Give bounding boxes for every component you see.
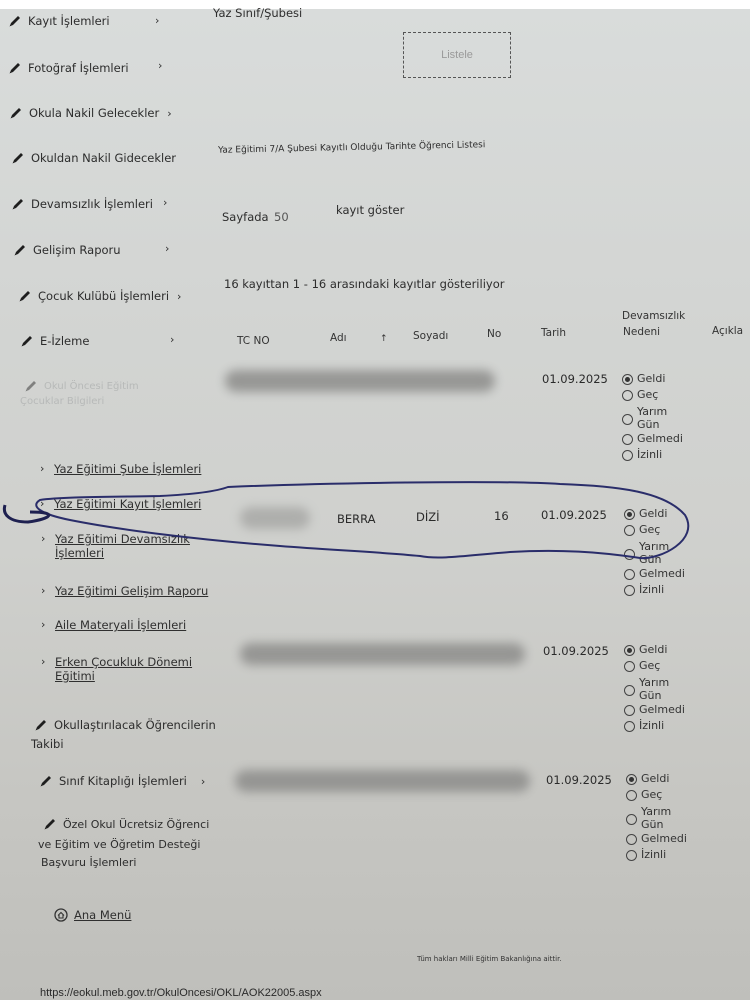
radio-dot[interactable] (622, 390, 633, 401)
attendance-radio-group[interactable]: Geldi Geç YarımGün Gelmedi İzinli (624, 507, 714, 599)
sidebar-item-label: Okuldan Nakil Gidecekler (31, 151, 176, 165)
radio-gelmedi[interactable]: Gelmedi (624, 703, 714, 719)
copyright-notice: Tüm hakları Milli Eğitim Bakanlığına ait… (417, 955, 562, 963)
subitem-yaz-sube[interactable]: › Yaz Eğitimi Şube İşlemleri (54, 462, 201, 476)
chevron-right-icon: › (41, 584, 45, 597)
filter-label: Yaz Sınıf/Şubesi (213, 6, 302, 20)
home-link-label[interactable]: Ana Menü (74, 908, 131, 922)
sidebar-item-gelisim-raporu[interactable]: Gelişim Raporu (13, 243, 121, 257)
radio-dot[interactable] (624, 685, 635, 696)
radio-dot[interactable] (624, 585, 635, 596)
col-tarih[interactable]: Tarih (541, 327, 566, 339)
sidebar-item-label: Okul Öncesi Eğitim (44, 381, 139, 392)
redacted-personal-data (240, 643, 525, 665)
attendance-radio-group[interactable]: Geldi Geç YarımGün Gelmedi İzinli (624, 643, 714, 735)
radio-gec[interactable]: Geç (624, 659, 714, 675)
subitem-yaz-devamsizlik[interactable]: › Yaz Eğitimi Devamsızlık İşlemleri (55, 532, 190, 560)
row-name: BERRA (337, 512, 376, 526)
sidebar-item-okullastirilacak[interactable]: Okullaştırılacak Öğrencilerin (34, 718, 216, 732)
home-link[interactable]: Ana Menü (54, 908, 131, 922)
pencil-icon (13, 243, 27, 257)
attendance-radio-group[interactable]: Geldi Geç YarımGün Gelmedi İzinli (622, 372, 712, 464)
chevron-right-icon: › (41, 532, 45, 545)
subitem-yaz-gelisim[interactable]: › Yaz Eğitimi Gelişim Raporu (55, 584, 208, 598)
chevron-right-icon: › (167, 107, 171, 120)
radio-dot[interactable] (624, 645, 635, 656)
col-nedeni[interactable]: Nedeni (623, 326, 660, 338)
radio-dot[interactable] (624, 721, 635, 732)
radio-gelmedi[interactable]: Gelmedi (626, 832, 716, 848)
pencil-icon (18, 289, 32, 303)
chevron-right-icon: › (163, 196, 167, 209)
sidebar-item-label: Devamsızlık İşlemleri (31, 197, 153, 211)
sidebar-item-label: Gelişim Raporu (33, 243, 121, 257)
col-aciklama[interactable]: Açıkla (712, 325, 743, 337)
pencil-icon (24, 379, 38, 393)
radio-dot[interactable] (622, 374, 633, 385)
record-summary: 16 kayıttan 1 - 16 arasındaki kayıtlar g… (224, 277, 504, 291)
radio-yarim-gun[interactable]: YarımGün (624, 539, 714, 567)
sidebar-item-label: Kayıt İşlemleri (28, 14, 110, 28)
radio-yarim-gun[interactable]: YarımGün (626, 804, 716, 832)
radio-dot[interactable] (624, 569, 635, 580)
radio-geldi[interactable]: Geldi (624, 643, 714, 659)
pencil-icon (8, 61, 22, 75)
sort-asc-icon: ↑ (380, 334, 388, 344)
row-date: 01.09.2025 (546, 773, 612, 787)
radio-geldi[interactable]: Geldi (622, 372, 712, 388)
col-soyadi[interactable]: Soyadı (413, 330, 448, 342)
row-date: 01.09.2025 (541, 508, 607, 522)
radio-dot[interactable] (626, 774, 637, 785)
radio-dot[interactable] (622, 450, 633, 461)
radio-dot[interactable] (624, 525, 635, 536)
radio-dot[interactable] (622, 434, 633, 445)
row-surname: DİZİ (416, 510, 440, 524)
subitem-link[interactable]: Erken Çocukluk Dönemi (55, 655, 192, 669)
radio-dot[interactable] (624, 509, 635, 520)
radio-izinli[interactable]: İzinli (626, 848, 716, 864)
sidebar-item-okula-nakil[interactable]: Okula Nakil Gelecekler › (9, 106, 172, 120)
radio-gec[interactable]: Geç (622, 388, 712, 404)
redacted-tc-no (240, 507, 310, 529)
chevron-right-icon: › (177, 290, 181, 303)
radio-dot[interactable] (624, 549, 635, 560)
sidebar-item-e-izleme[interactable]: E-İzleme (20, 334, 89, 348)
sidebar-item-line2: ve Eğitim ve Öğretim Desteği (38, 838, 200, 851)
sidebar-item-cocuk-kulubu[interactable]: Çocuk Kulübü İşlemleri › (18, 289, 181, 303)
pencil-icon (11, 197, 25, 211)
sidebar-item-label: Fotoğraf İşlemleri (28, 61, 129, 75)
sidebar-item-label: Çocuk Kulübü İşlemleri (38, 289, 169, 303)
sidebar-item-label: Okullaştırılacak Öğrencilerin (54, 718, 216, 732)
chevron-right-icon: › (170, 333, 174, 346)
chevron-right-icon: › (40, 462, 44, 475)
attendance-radio-group[interactable]: Geldi Geç YarımGün Gelmedi İzinli (626, 772, 716, 864)
page-url: https://eokul.meb.gov.tr/OkulOncesi/OKL/… (40, 987, 322, 999)
page-size-suffix: kayıt göster (336, 203, 404, 217)
pencil-icon (43, 817, 57, 831)
radio-yarim-gun[interactable]: YarımGün (624, 675, 714, 703)
col-no[interactable]: No (487, 328, 501, 340)
sidebar-item-okul-oncesi[interactable]: Okul Öncesi Eğitim (24, 379, 139, 393)
radio-geldi[interactable]: Geldi (624, 507, 714, 523)
chevron-right-icon: › (41, 655, 45, 668)
radio-izinli[interactable]: İzinli (622, 448, 712, 464)
radio-izinli[interactable]: İzinli (624, 719, 714, 735)
radio-gelmedi[interactable]: Gelmedi (624, 567, 714, 583)
sidebar-item-ozel-okul[interactable]: Özel Okul Ücretsiz Öğrenci (43, 817, 209, 831)
sidebar-item-line3: Başvuru İşlemleri (41, 856, 136, 869)
sidebar-item-label: Sınıf Kitaplığı İşlemleri (59, 774, 187, 788)
row-date: 01.09.2025 (542, 372, 608, 386)
subitem-link-line2[interactable]: Eğitimi (55, 669, 95, 683)
sidebar-item-label: Okula Nakil Gelecekler (29, 106, 159, 120)
chevron-right-icon: › (201, 775, 205, 788)
subitem-link-line2[interactable]: İşlemleri (55, 546, 104, 560)
col-adi[interactable]: Adı (330, 332, 347, 344)
radio-izinli[interactable]: İzinli (624, 583, 714, 599)
subitem-link[interactable]: Aile Materyali İşlemleri (55, 618, 186, 632)
radio-dot[interactable] (626, 814, 637, 825)
sidebar-item-fotograf[interactable]: Fotoğraf İşlemleri (8, 61, 129, 75)
chevron-right-icon: › (155, 14, 159, 27)
radio-dot[interactable] (626, 790, 637, 801)
page-size-prefix: Sayfada (222, 210, 269, 224)
radio-dot[interactable] (622, 414, 633, 425)
list-heading: Yaz Eğitimi 7/A Şubesi Kayıtlı Olduğu Ta… (218, 140, 485, 156)
sidebar-item-label: Özel Okul Ücretsiz Öğrenci (63, 818, 209, 831)
chevron-right-icon: › (41, 618, 45, 631)
col-tc-no[interactable]: TC NO (237, 335, 270, 347)
home-icon (54, 908, 68, 922)
sidebar-item-devamsizlik[interactable]: Devamsızlık İşlemleri (11, 197, 153, 211)
row-date: 01.09.2025 (543, 644, 609, 658)
pencil-icon (34, 718, 48, 732)
row-no: 16 (494, 509, 509, 523)
sidebar: Kayıt İşlemleri › Fotoğraf İşlemleri › O… (0, 0, 215, 1000)
redacted-personal-data (225, 370, 495, 392)
page-size-select[interactable]: 50 (274, 210, 289, 224)
radio-dot[interactable] (624, 705, 635, 716)
sidebar-item-okul-oncesi-line2: Çocuklar Bilgileri (20, 396, 104, 407)
list-button[interactable]: Listele (403, 32, 511, 78)
subitem-link[interactable]: Yaz Eğitimi Şube İşlemleri (54, 462, 201, 476)
radio-dot[interactable] (626, 834, 637, 845)
radio-yarim-gun[interactable]: YarımGün (622, 404, 712, 432)
sidebar-item-okuldan-nakil[interactable]: Okuldan Nakil Gidecekler (11, 151, 176, 165)
pencil-icon (8, 14, 22, 28)
pencil-icon (11, 151, 25, 165)
sidebar-item-line2: Takibi (31, 737, 64, 751)
sidebar-item-kayit[interactable]: Kayıt İşlemleri (8, 14, 110, 28)
chevron-right-icon: › (40, 497, 44, 510)
col-devamsizlik[interactable]: Devamsızlık (622, 310, 685, 322)
sidebar-item-sinif-kitapligi[interactable]: Sınıf Kitaplığı İşlemleri › (39, 774, 205, 788)
radio-gelmedi[interactable]: Gelmedi (622, 432, 712, 448)
pencil-icon (39, 774, 53, 788)
subitem-yaz-kayit[interactable]: › Yaz Eğitimi Kayıt İşlemleri (54, 497, 201, 511)
subitem-aile-materyali[interactable]: › Aile Materyali İşlemleri (55, 618, 186, 632)
subitem-link[interactable]: Yaz Eğitimi Devamsızlık (55, 532, 190, 546)
sidebar-item-label: E-İzleme (40, 334, 89, 348)
subitem-link[interactable]: Yaz Eğitimi Kayıt İşlemleri (54, 497, 201, 511)
pencil-icon (9, 106, 23, 120)
redacted-personal-data (235, 770, 530, 792)
radio-dot[interactable] (626, 850, 637, 861)
subitem-erken-cocukluk[interactable]: › Erken Çocukluk Dönemi Eğitimi (55, 655, 192, 683)
radio-gec[interactable]: Geç (626, 788, 716, 804)
radio-geldi[interactable]: Geldi (626, 772, 716, 788)
pencil-icon (20, 334, 34, 348)
subitem-link[interactable]: Yaz Eğitimi Gelişim Raporu (55, 584, 208, 598)
radio-dot[interactable] (624, 661, 635, 672)
radio-gec[interactable]: Geç (624, 523, 714, 539)
chevron-right-icon: › (158, 59, 162, 72)
chevron-right-icon: › (165, 242, 169, 255)
